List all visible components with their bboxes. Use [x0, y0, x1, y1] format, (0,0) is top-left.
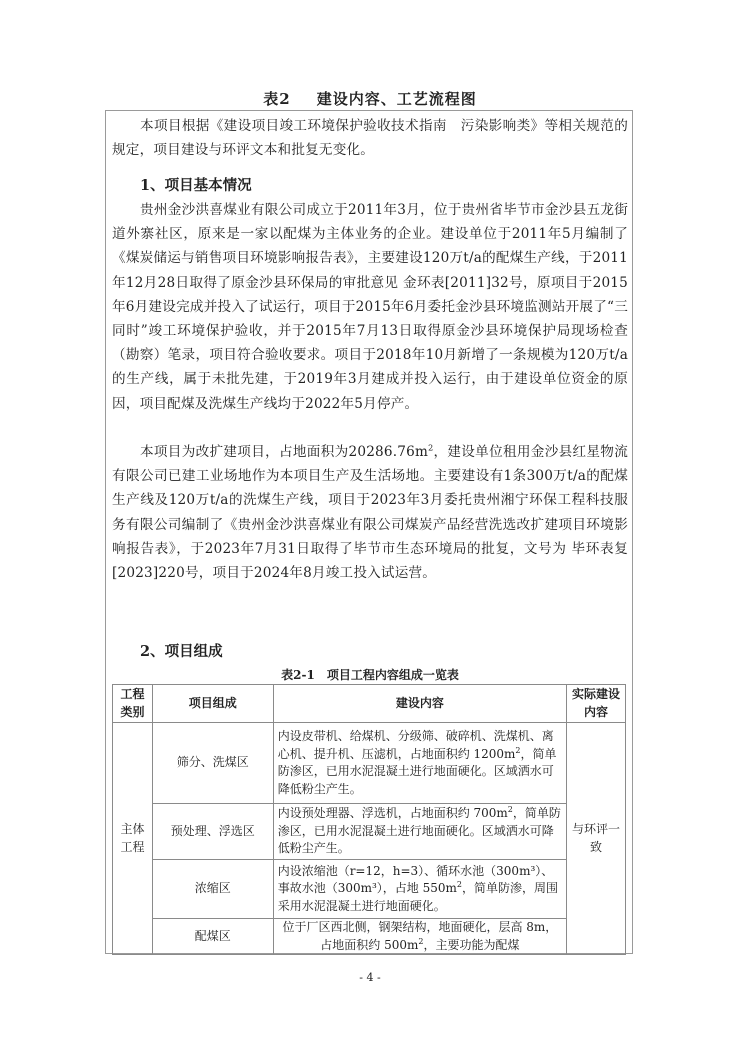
content-cell: 内设皮带机、给煤机、分级筛、破碎机、洗煤机、离心机、提升机、压滤机，占地面积约 …: [273, 723, 566, 804]
category-cell: 主体工程: [113, 723, 153, 955]
project-composition-table: 工程类别 项目组成 建设内容 实际建设内容 主体工程 筛分、洗煤区 内设皮带机、…: [112, 684, 626, 955]
table-row: 主体工程 筛分、洗煤区 内设皮带机、给煤机、分级筛、破碎机、洗煤机、离心机、提升…: [113, 723, 626, 804]
header-actual: 实际建设内容: [567, 685, 626, 723]
table-row: 配煤区 位于厂区西北侧，钢架结构，地面硬化，层高 8m，占地面积约 500m2，…: [113, 919, 626, 955]
table-caption: 表2-1项目工程内容组成一览表: [0, 666, 740, 683]
component-cell: 预处理、浮选区: [152, 804, 273, 860]
section1-paragraph2: 本项目为改扩建项目，占地面积为20286.76m2，建设单位租用金沙县红星物流有…: [112, 440, 628, 585]
table-row: 预处理、浮选区 内设预处理器、浮选机，占地面积约 700m2，简单防渗区，已用水…: [113, 804, 626, 860]
component-cell: 筛分、洗煤区: [152, 723, 273, 804]
header-content: 建设内容: [273, 685, 566, 723]
table-header-row: 工程类别 项目组成 建设内容 实际建设内容: [113, 685, 626, 723]
section1-heading: 1、项目基本情况: [140, 174, 252, 195]
content-cell: 位于厂区西北侧，钢架结构，地面硬化，层高 8m，占地面积约 500m2，主要功能…: [273, 919, 566, 955]
section-title-text: 建设内容、工艺流程图: [317, 90, 477, 108]
content-cell: 内设预处理器、浮选机，占地面积约 700m2，简单防渗区，已用水泥混凝土进行地面…: [273, 804, 566, 860]
component-cell: 浓缩区: [152, 860, 273, 919]
header-category: 工程类别: [113, 685, 153, 723]
header-component: 项目组成: [152, 685, 273, 723]
section1-paragraph1: 贵州金沙洪喜煤业有限公司成立于2011年3月，位于贵州省毕节市金沙县五龙街道外寨…: [112, 198, 628, 416]
actual-cell: 与环评一致: [567, 723, 626, 955]
table-row: 浓缩区 内设浓缩池（r=12，h=3）、循环水池（300m³）、事故水池（300…: [113, 860, 626, 919]
intro-paragraph: 本项目根据《建设项目竣工环境保护验收技术指南 污染影响类》等相关规范的规定，项目…: [112, 114, 628, 162]
section2-heading: 2、项目组成: [140, 640, 223, 661]
section-title: 表2建设内容、工艺流程图: [0, 88, 740, 109]
section-title-number: 表2: [263, 90, 290, 108]
page-number: - 4 -: [0, 971, 740, 984]
component-cell: 配煤区: [152, 919, 273, 955]
content-cell: 内设浓缩池（r=12，h=3）、循环水池（300m³）、事故水池（300m³），…: [273, 860, 566, 919]
